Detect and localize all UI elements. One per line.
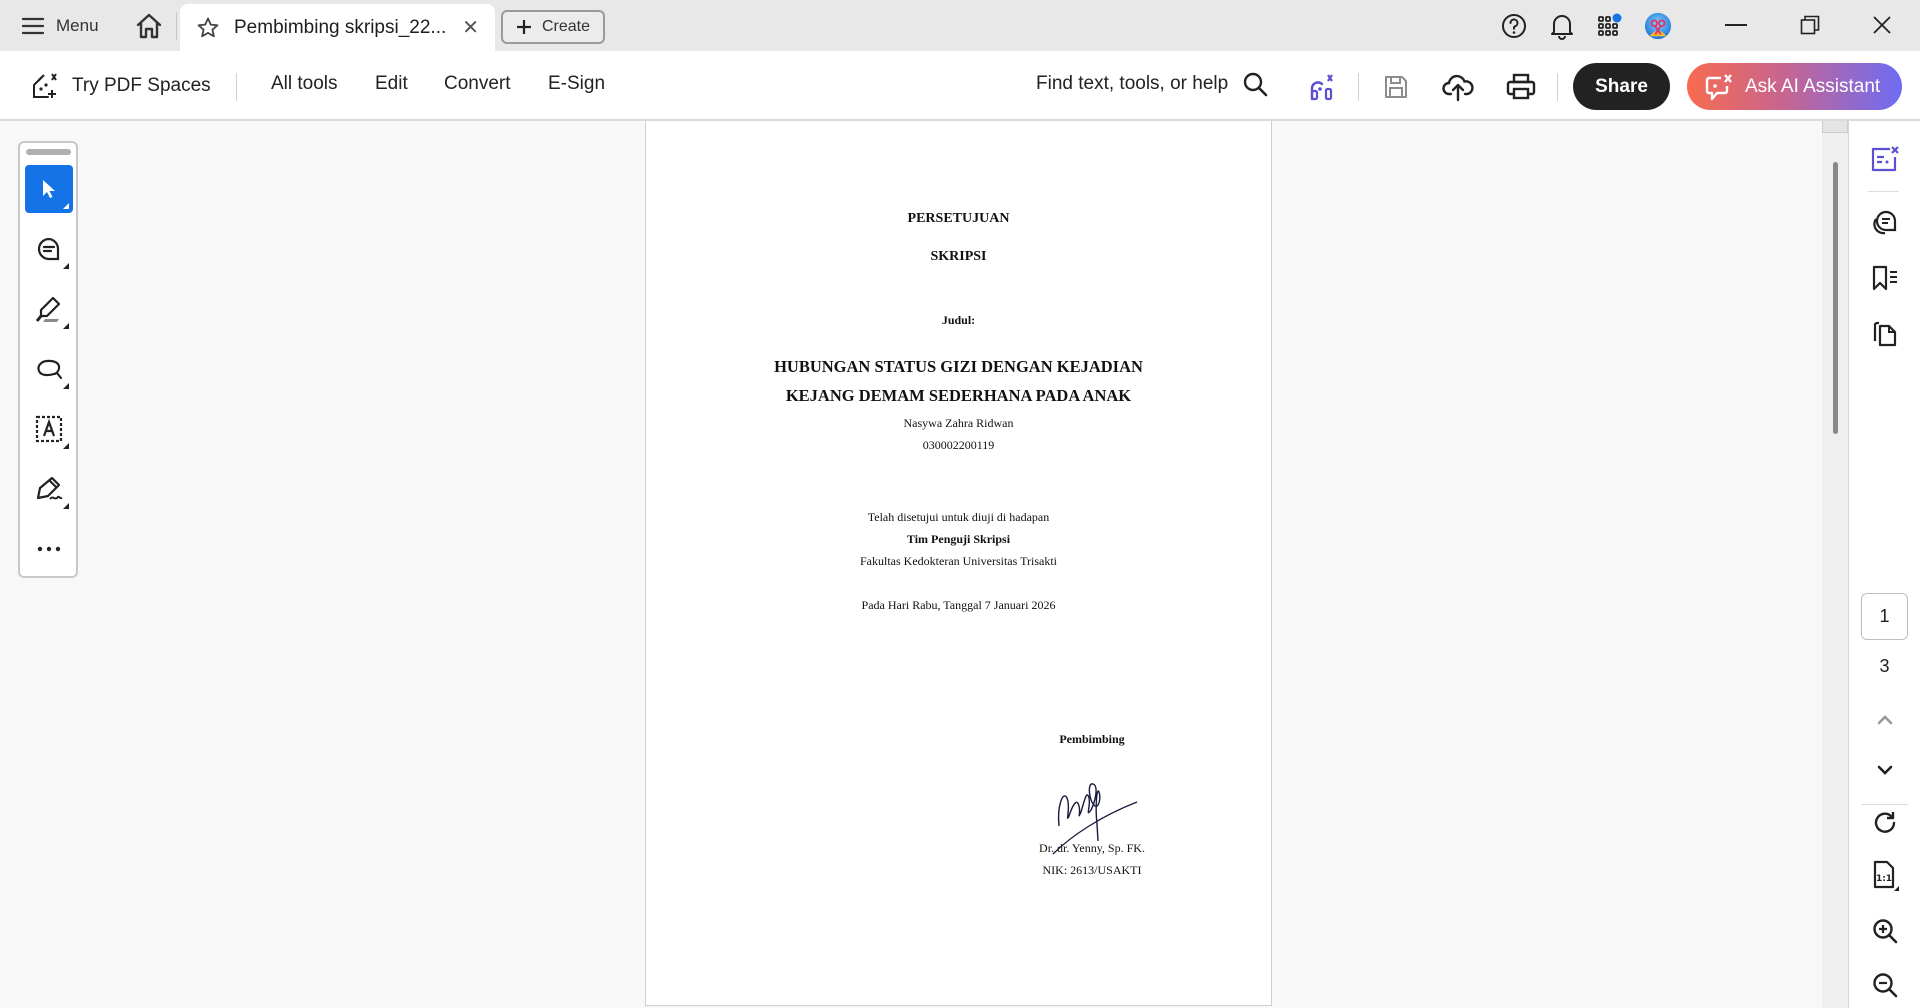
title-bar: Menu Pembimbing skripsi_22... ✕ Create bbox=[0, 0, 1920, 51]
bell-icon bbox=[1550, 12, 1574, 40]
toolbar-separator bbox=[1358, 73, 1359, 101]
submenu-indicator bbox=[63, 323, 69, 329]
avatar[interactable] bbox=[1644, 12, 1672, 40]
scrollbar-top bbox=[1822, 121, 1848, 133]
main-toolbar: Try PDF Spaces All tools Edit Convert E-… bbox=[0, 51, 1920, 121]
drag-handle[interactable] bbox=[26, 149, 71, 155]
doc-approval-line: Telah disetujui untuk diuji di hadapan bbox=[646, 510, 1271, 525]
text-select-tool[interactable] bbox=[25, 405, 73, 453]
doc-date-line: Pada Hari Rabu, Tanggal 7 Januari 2026 bbox=[646, 598, 1271, 613]
search-button[interactable]: Find text, tools, or help bbox=[1036, 71, 1268, 97]
menu-label: Menu bbox=[56, 16, 99, 36]
nav-edit[interactable]: Edit bbox=[375, 73, 408, 95]
zoom-out-button[interactable] bbox=[1869, 969, 1901, 1001]
search-label: Find text, tools, or help bbox=[1036, 73, 1228, 95]
doc-title-line2: KEJANG DEMAM SEDERHANA PADA ANAK bbox=[646, 386, 1271, 406]
text-box-icon bbox=[35, 415, 63, 443]
ai-assistant-icon bbox=[1705, 73, 1733, 101]
zoom-in-button[interactable] bbox=[1869, 915, 1901, 947]
plus-icon bbox=[516, 19, 532, 35]
pdf-page[interactable]: PERSETUJUAN SKRIPSI Judul: HUBUNGAN STAT… bbox=[645, 121, 1272, 1006]
minimize-button[interactable] bbox=[1713, 8, 1759, 42]
comments-icon bbox=[1871, 209, 1899, 235]
home-button[interactable] bbox=[134, 12, 164, 40]
tab-title: Pembimbing skripsi_22... bbox=[234, 17, 462, 39]
submenu-indicator bbox=[63, 203, 69, 209]
pages-icon bbox=[1872, 319, 1898, 347]
minimize-icon bbox=[1725, 23, 1747, 27]
share-button[interactable]: Share bbox=[1573, 63, 1670, 110]
bookmarks-panel-button[interactable] bbox=[1869, 262, 1901, 294]
highlighter-icon bbox=[35, 295, 63, 323]
chevron-up-icon bbox=[1876, 714, 1894, 726]
submenu-indicator bbox=[63, 383, 69, 389]
chevron-down-icon bbox=[1876, 764, 1894, 776]
restore-button[interactable] bbox=[1787, 8, 1833, 42]
hamburger-icon bbox=[22, 17, 44, 35]
try-pdf-spaces-label: Try PDF Spaces bbox=[72, 75, 211, 97]
panel-separator bbox=[1868, 191, 1899, 192]
ai-tools-button[interactable] bbox=[1305, 71, 1339, 103]
nav-esign[interactable]: E-Sign bbox=[548, 73, 605, 95]
doc-title-line1: HUBUNGAN STATUS GIZI DENGAN KEJADIAN bbox=[646, 357, 1271, 377]
pages-panel-button[interactable] bbox=[1869, 317, 1901, 349]
zoom-out-icon bbox=[1871, 971, 1899, 999]
submenu-indicator bbox=[63, 443, 69, 449]
tab-close-icon[interactable]: ✕ bbox=[462, 15, 479, 40]
doc-advisor-nik: NIK: 2613/USAKTI bbox=[973, 863, 1211, 878]
rotate-button[interactable] bbox=[1869, 807, 1901, 839]
more-icon bbox=[37, 546, 61, 552]
document-tab[interactable]: Pembimbing skripsi_22... ✕ bbox=[180, 4, 495, 51]
vertical-scrollbar[interactable] bbox=[1822, 121, 1849, 1008]
toolbar-separator bbox=[236, 73, 237, 101]
svg-text:1:1: 1:1 bbox=[1876, 874, 1892, 884]
share-label: Share bbox=[1595, 76, 1648, 98]
highlight-tool[interactable] bbox=[25, 285, 73, 333]
comment-icon bbox=[36, 236, 62, 262]
restore-icon bbox=[1800, 15, 1820, 35]
doc-committee: Tim Penguji Skripsi bbox=[646, 532, 1271, 547]
ask-ai-assistant-button[interactable]: Ask AI Assistant bbox=[1687, 63, 1902, 110]
printer-icon bbox=[1506, 73, 1536, 101]
notifications-button[interactable] bbox=[1548, 12, 1576, 40]
previous-page-button[interactable] bbox=[1869, 704, 1901, 736]
quick-tools-panel bbox=[18, 141, 78, 578]
right-panel: 1 3 1:1 bbox=[1849, 121, 1920, 1008]
bookmark-icon bbox=[1871, 264, 1899, 292]
comment-tool[interactable] bbox=[25, 225, 73, 273]
pen-sign-icon bbox=[34, 475, 64, 503]
help-button[interactable] bbox=[1500, 12, 1528, 40]
nav-all-tools[interactable]: All tools bbox=[271, 73, 338, 95]
draw-tool[interactable] bbox=[25, 345, 73, 393]
sign-tool[interactable] bbox=[25, 465, 73, 513]
doc-heading: PERSETUJUAN bbox=[646, 211, 1271, 227]
submenu-indicator bbox=[63, 503, 69, 509]
ai-summary-button[interactable] bbox=[1869, 143, 1901, 175]
apps-button[interactable] bbox=[1596, 12, 1624, 40]
nav-convert[interactable]: Convert bbox=[444, 73, 511, 95]
save-icon bbox=[1383, 74, 1409, 100]
comments-panel-button[interactable] bbox=[1869, 206, 1901, 238]
try-pdf-spaces-button[interactable]: Try PDF Spaces bbox=[30, 69, 211, 103]
doc-student-id: 030002200119 bbox=[646, 438, 1271, 453]
ask-ai-label: Ask AI Assistant bbox=[1745, 76, 1880, 98]
apps-grid-icon bbox=[1596, 12, 1624, 40]
actual-size-icon: 1:1 bbox=[1870, 860, 1900, 892]
doc-advisor-label: Pembimbing bbox=[973, 732, 1211, 747]
zoom-in-icon bbox=[1871, 917, 1899, 945]
fit-page-button[interactable]: 1:1 bbox=[1869, 860, 1901, 892]
toolbar-separator bbox=[1557, 73, 1558, 101]
star-icon[interactable] bbox=[196, 16, 220, 40]
create-button[interactable]: Create bbox=[501, 10, 605, 44]
create-label: Create bbox=[542, 18, 590, 36]
ai-document-icon bbox=[1870, 145, 1900, 173]
cloud-upload-icon bbox=[1442, 72, 1474, 102]
title-separator bbox=[176, 12, 177, 40]
doc-advisor-name: Dr. dr. Yenny, Sp. FK. bbox=[973, 841, 1211, 856]
save-button[interactable] bbox=[1379, 71, 1413, 103]
cursor-arrow-icon bbox=[37, 177, 61, 201]
pdf-spaces-icon bbox=[30, 71, 60, 101]
doc-author: Nasywa Zahra Ridwan bbox=[646, 416, 1271, 431]
rotate-icon bbox=[1871, 809, 1899, 837]
freehand-draw-icon bbox=[35, 356, 63, 382]
doc-subheading: SKRIPSI bbox=[646, 249, 1271, 265]
search-icon bbox=[1242, 71, 1268, 97]
help-icon bbox=[1501, 13, 1527, 39]
print-button[interactable] bbox=[1504, 71, 1538, 103]
more-tools-button[interactable] bbox=[25, 525, 73, 573]
doc-title-label: Judul: bbox=[646, 313, 1271, 328]
ai-sparkle-icon bbox=[1307, 72, 1337, 102]
upload-button[interactable] bbox=[1441, 71, 1475, 103]
submenu-indicator bbox=[63, 263, 69, 269]
panel-separator bbox=[1861, 804, 1908, 805]
doc-faculty: Fakultas Kedokteran Universitas Trisakti bbox=[646, 554, 1271, 569]
select-tool[interactable] bbox=[25, 165, 73, 213]
scrollbar-thumb[interactable] bbox=[1833, 162, 1838, 434]
current-page-input[interactable]: 1 bbox=[1861, 593, 1908, 640]
close-window-button[interactable] bbox=[1859, 8, 1905, 42]
avatar-icon bbox=[1644, 11, 1672, 41]
close-icon bbox=[1872, 15, 1892, 35]
total-pages: 3 bbox=[1861, 656, 1908, 677]
next-page-button[interactable] bbox=[1869, 754, 1901, 786]
home-icon bbox=[134, 12, 164, 40]
menu-button[interactable]: Menu bbox=[22, 10, 99, 42]
